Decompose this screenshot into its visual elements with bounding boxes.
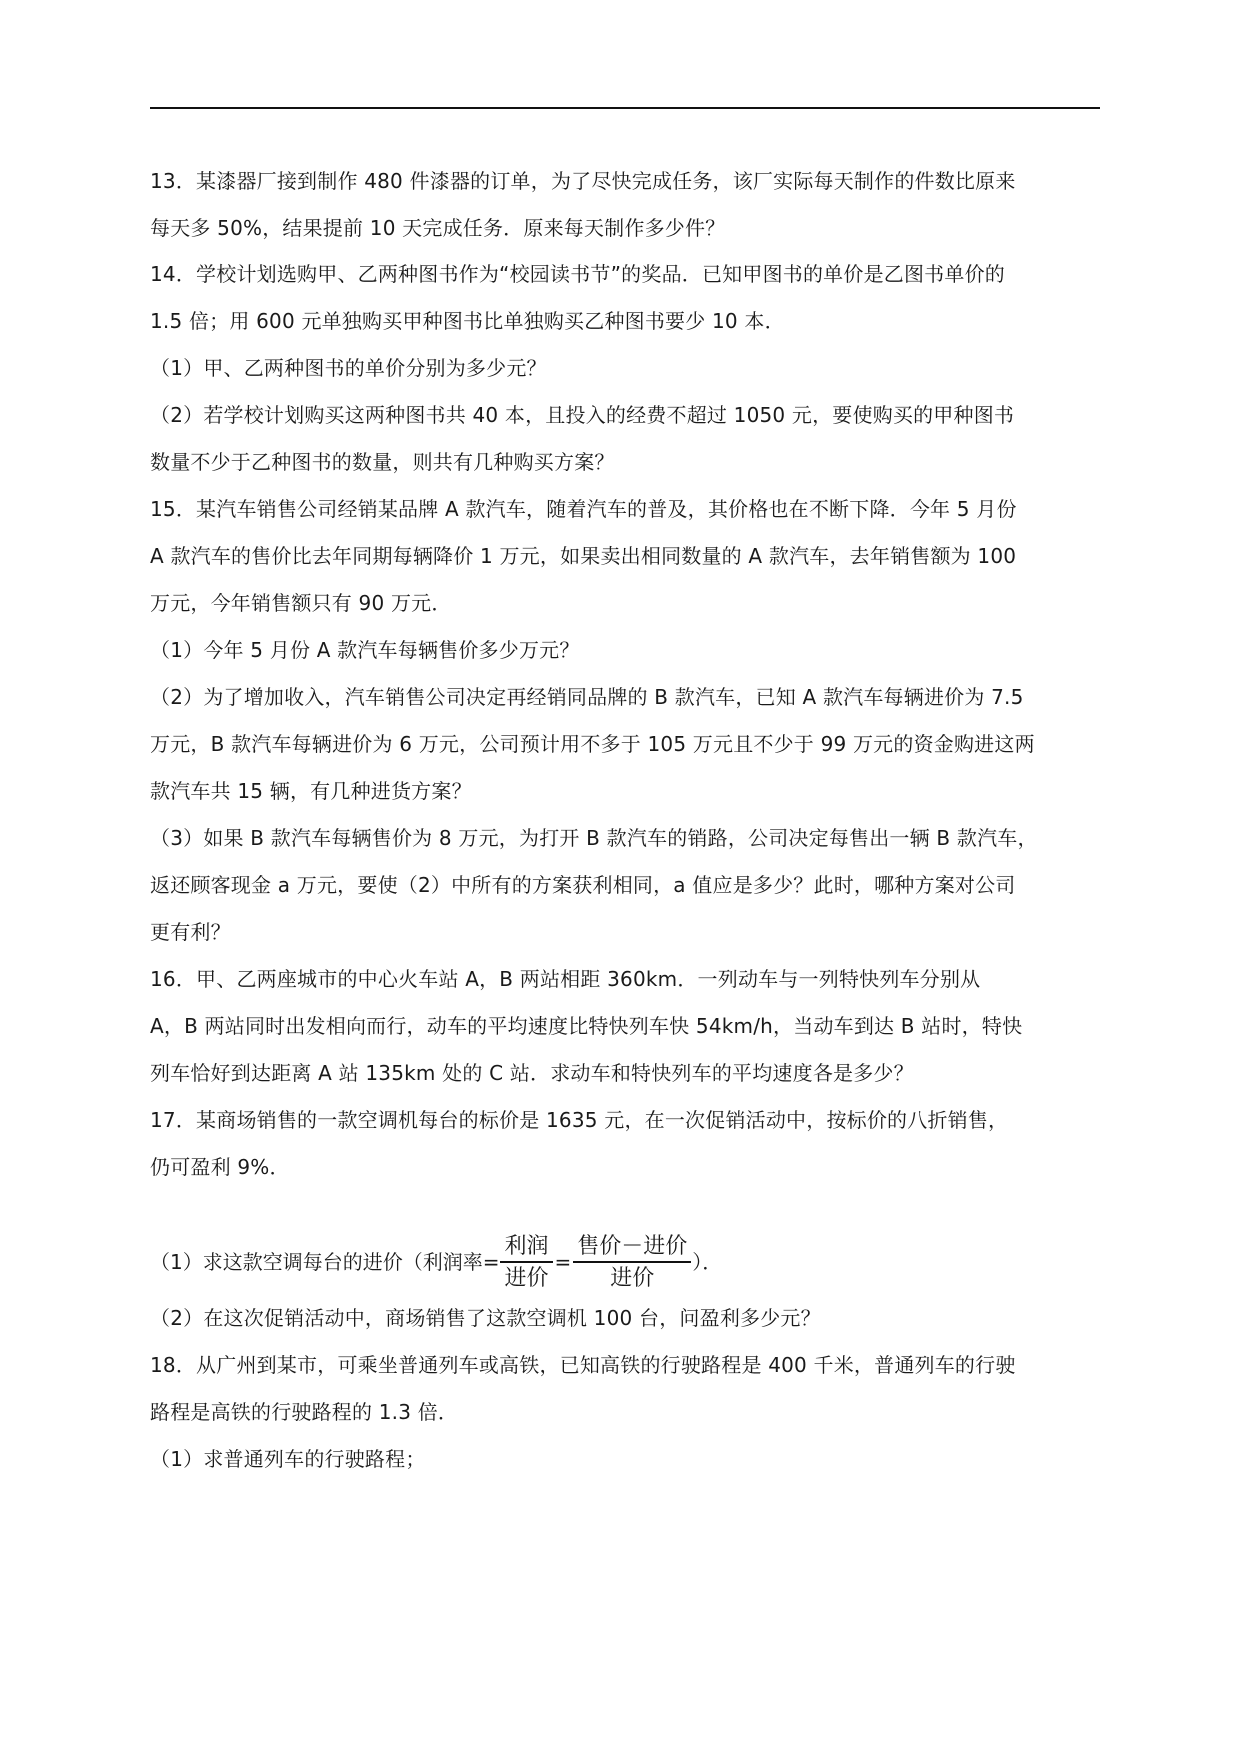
text-line-q14-p2-l1: （2）若学校计划购买这两种图书共 40 本，且投入的经费不超过 1050 元，要… [150,403,1014,427]
text-line-q14-p1: （1）甲、乙两种图书的单价分别为多少元？ [150,356,547,380]
text-line-q16-l3: 列车恰好到达距离 A 站 135km 处的 C 站．求动车和特快列车的平均速度各… [150,1061,914,1085]
header-rule-divider [150,107,1100,109]
text-line-q15-p2-l2: 万元，B 款汽车每辆进价为 6 万元，公司预计用不多于 105 万元且不少于 9… [150,732,1035,756]
equals-sign: = [555,1250,572,1274]
text-line-q17-l1: 17．某商场销售的一款空调机每台的标价是 1635 元，在一次促销活动中，按标价… [150,1108,1008,1132]
text-line-q15-p1: （1）今年 5 月份 A 款汽车每辆售价多少万元？ [150,638,580,662]
text-line-q17-p2: （2）在这次促销活动中，商场销售了这款空调机 100 台，问盈利多少元？ [150,1306,821,1330]
text-line-q15-l3: 万元，今年销售额只有 90 万元． [150,591,452,615]
text-line-q18-l2: 路程是高铁的行驶路程的 1.3 倍． [150,1400,458,1424]
text-line-q13-l1: 13．某漆器厂接到制作 480 件漆器的订单，为了尽快完成任务，该厂实际每天制作… [150,169,1016,193]
fraction-denominator: 进价 [606,1263,658,1292]
formula-suffix: ）． [692,1250,722,1274]
q17-part1-with-formula: （1）求这款空调每台的进价（利润率= 利润 进价 = 售价－进价 进价 ）． [150,1232,722,1292]
fraction-price-minus-cost-over-cost: 售价－进价 进价 [573,1232,691,1292]
text-line-q17-l2: 仍可盈利 9%． [150,1155,290,1179]
fraction-numerator: 售价－进价 [573,1232,691,1263]
text-line-q15-p3-l3: 更有利？ [150,920,231,944]
text-line-q16-l2: A，B 两站同时出发相向而行，动车的平均速度比特快列车快 54km/h，当动车到… [150,1014,1022,1038]
formula-prefix: （1）求这款空调每台的进价（利润率= [150,1250,499,1274]
text-line-q18-p1: （1）求普通列车的行驶路程； [150,1447,426,1471]
text-line-q14-l2: 1.5 倍；用 600 元单独购买甲种图书比单独购买乙种图书要少 10 本． [150,309,785,333]
text-line-q14-p2-l2: 数量不少于乙种图书的数量，则共有几种购买方案？ [150,450,615,474]
text-line-q15-l2: A 款汽车的售价比去年同期每辆降价 1 万元，如果卖出相同数量的 A 款汽车，去… [150,544,1016,568]
text-line-q14-l1: 14．学校计划选购甲、乙两种图书作为“校园读书节”的奖品．已知甲图书的单价是乙图… [150,262,1005,286]
text-line-q15-p3-l1: （3）如果 B 款汽车每辆售价为 8 万元，为打开 B 款汽车的销路，公司决定每… [150,826,1038,850]
text-line-q16-l1: 16．甲、乙两座城市的中心火车站 A，B 两站相距 360km．一列动车与一列特… [150,967,980,991]
text-line-q18-l1: 18．从广州到某市，可乘坐普通列车或高铁，已知高铁的行驶路程是 400 千米，普… [150,1353,1016,1377]
text-line-q15-p2-l1: （2）为了增加收入，汽车销售公司决定再经销同品牌的 B 款汽车，已知 A 款汽车… [150,685,1024,709]
text-line-q15-l1: 15．某汽车销售公司经销某品牌 A 款汽车，随着汽车的普及，其价格也在不断下降．… [150,497,1017,521]
text-line-q15-p2-l3: 款汽车共 15 辆，有几种进货方案？ [150,779,472,803]
text-line-q15-p3-l2: 返还顾客现金 a 万元，要使（2）中所有的方案获利相同，a 值应是多少？此时，哪… [150,873,1016,897]
fraction-denominator: 进价 [500,1263,552,1292]
fraction-numerator: 利润 [500,1232,552,1263]
text-line-q13-l2: 每天多 50%，结果提前 10 天完成任务．原来每天制作多少件？ [150,216,725,240]
fraction-profit-over-cost: 利润 进价 [500,1232,552,1292]
